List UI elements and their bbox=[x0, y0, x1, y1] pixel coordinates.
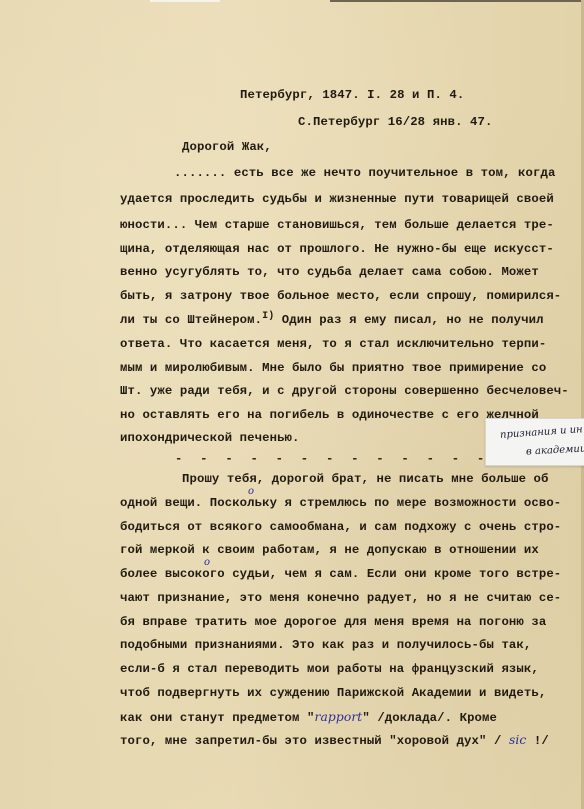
handwritten-correction: о bbox=[248, 486, 254, 497]
line-text: Один раз я ему писал, но не получил bbox=[274, 313, 543, 327]
line-text: !/ bbox=[526, 734, 548, 748]
paragraph-1-line: удается проследить судьбы и жизненные пу… bbox=[120, 192, 554, 206]
paragraph-1-line: ли ты со Штейнером.I) Один раз я ему пис… bbox=[120, 313, 544, 329]
paragraph-1-line: юности... Чем старше становишься, тем бо… bbox=[120, 218, 554, 232]
paragraph-2-line: подобными признаниями. Это как раз и пол… bbox=[120, 638, 531, 652]
letter-header-place-date: Петербург, 1847. I. 28 и П. 4. bbox=[240, 88, 464, 102]
note-line: в академии bbox=[526, 443, 584, 457]
paragraph-1-line: ответа. Что касается меня, то я стал иск… bbox=[120, 337, 546, 351]
paragraph-1-line: быть, я затрону твое больное место, если… bbox=[120, 289, 561, 303]
note-line: признания и ин bbox=[500, 424, 583, 441]
handwritten-insertion: sic bbox=[509, 733, 526, 747]
typewritten-letter-page: Петербург, 1847. I. 28 и П. 4. С.Петербу… bbox=[0, 0, 584, 809]
paragraph-2-line: чают признание, это меня конечно радует,… bbox=[120, 591, 561, 605]
paragraph-2-line: того, мне запретил-бы это известный "хор… bbox=[120, 733, 549, 748]
paragraph-1-line: но оставлять его на погибель в одиночест… bbox=[120, 408, 539, 422]
paragraph-2-line: чтоб подвергнуть их суждению Парижской А… bbox=[120, 686, 546, 700]
pasted-handwritten-note: признания и ин в академии bbox=[485, 418, 584, 466]
paragraph-1-line: щина, отделяющая нас от прошлого. Не нуж… bbox=[120, 242, 554, 256]
paragraph-1-line: мым и миролюбивым. Мне было бы приятно т… bbox=[120, 361, 546, 375]
paragraph-2-line: гой меркой к своим работам, я не допуска… bbox=[120, 543, 539, 557]
paragraph-2-line: бя вправе тратить мое дорогое для меня в… bbox=[120, 615, 546, 629]
paragraph-2-line: более высокого судьи, чем я сам. Если он… bbox=[120, 567, 561, 581]
footnote-mark: I) bbox=[262, 311, 274, 322]
paragraph-2-line: если-б я стал переводить мои работы на ф… bbox=[120, 662, 539, 676]
paragraph-1-line: Шт. уже ради тебя, и с другой стороны со… bbox=[120, 384, 569, 398]
line-text: как они станут предметом " bbox=[120, 711, 314, 725]
line-text: того, мне запретил-бы это известный "хор… bbox=[120, 734, 501, 748]
paragraph-2-line: одной вещи. Поскольку я стремлюсь по мер… bbox=[120, 496, 561, 510]
paragraph-1-line: ипохондрической печенью. bbox=[120, 431, 300, 445]
paragraph-2-line: как они станут предметом "rapport" /докл… bbox=[120, 710, 497, 725]
paragraph-1-line: венно усугублять то, что судьба делает с… bbox=[120, 265, 539, 279]
letter-header-date: С.Петербург 16/28 янв. 47. bbox=[298, 115, 492, 129]
paragraph-2-line: бодиться от всякого самообмана, и сам по… bbox=[120, 520, 561, 534]
paragraph-2-line: Прошу тебя, дорогой брат, не писать мне … bbox=[182, 472, 549, 486]
line-text: ли ты со Штейнером. bbox=[120, 313, 262, 327]
handwritten-insertion: rapport bbox=[314, 710, 362, 724]
handwritten-correction: о bbox=[204, 557, 210, 568]
paragraph-1-line: ....... есть все же нечто поучительное в… bbox=[174, 166, 555, 180]
line-text: " /доклада/. Кроме bbox=[362, 711, 497, 725]
salutation: Дорогой Жак, bbox=[182, 140, 272, 154]
